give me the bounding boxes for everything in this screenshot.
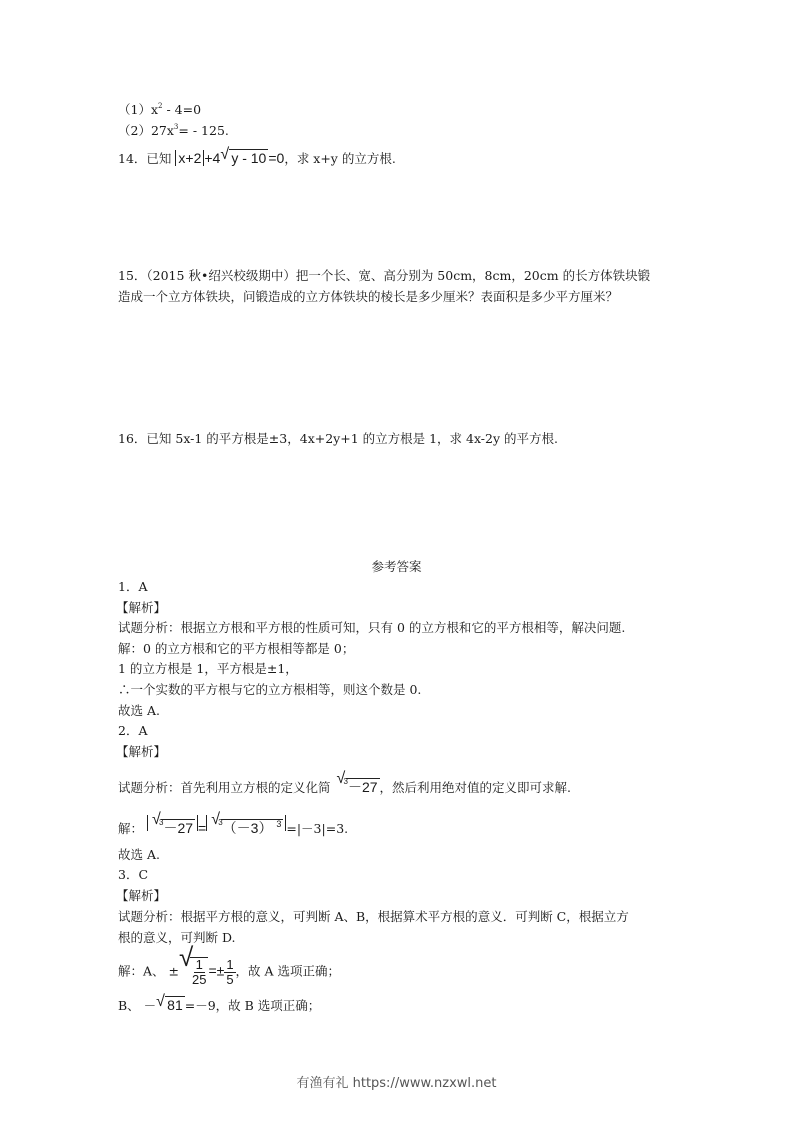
- q14-mid: +4: [204, 150, 220, 166]
- answer-1-analysis: 试题分析：根据立方根和平方根的性质可知，只有 0 的立方根和它的平方根相等，解决…: [118, 620, 625, 636]
- question-13-part-2: （2）27x3= - 125.: [118, 119, 229, 139]
- answer-3-analysis-1: 试题分析：根据平方根的意义，可判断 A、B，根据算术平方根的意义．可判断 C，根…: [118, 909, 629, 925]
- answer-2-solution: 解： 3√－27=3√（－3） 3=|－3|=3.: [118, 815, 348, 837]
- answer-3-label: 3．C: [118, 867, 148, 883]
- answer-3-analysis-2: 根的意义，可判断 D.: [118, 930, 236, 946]
- q14-eq: =0: [268, 150, 284, 166]
- denominator: 5: [226, 973, 233, 987]
- cube-root: 3√－27: [150, 815, 195, 836]
- cbrt-content: －27: [161, 819, 195, 836]
- radical-icon: √: [152, 812, 161, 828]
- answer-2-label: 2．A: [118, 723, 147, 739]
- a3-solB-tail: =－9，故 B 选项正确；: [185, 998, 321, 1013]
- a3-solA-prefix: 解：A、 ±: [118, 964, 179, 979]
- a2-sol-tail: =|－3|=3.: [286, 821, 348, 836]
- q13p1-text: （1）x: [118, 102, 158, 117]
- radical-icon: √: [337, 771, 346, 787]
- answer-2-choice: 故选 A.: [118, 847, 160, 863]
- question-13-part-1: （1）x2 - 4=0: [118, 98, 201, 118]
- cube-root: 3√－27: [335, 774, 380, 795]
- question-16: 16．已知 5x-1 的平方根是±3，4x+2y+1 的立方根是 1，求 4x-…: [118, 431, 558, 447]
- footer-watermark: 有渔有礼 https://www.nzxwl.net: [0, 1072, 793, 1091]
- question-15-line-2: 造成一个立方体铁块，问锻造成的立方体铁块的棱长是多少厘米？表面积是多少平方厘米？: [118, 289, 618, 305]
- question-15-line-1: 15．（2015 秋•绍兴校级期中）把一个长、宽、高分别为 50cm，8cm，2…: [118, 268, 650, 284]
- radical-icon: √: [156, 994, 165, 1010]
- answer-1-label: 1．A: [118, 579, 147, 595]
- a3-solA-tail: ，故 A 选项正确；: [236, 964, 340, 979]
- answer-1-solution-3: ∴一个实数的平方根与它的立方根相等，则这个数是 0.: [118, 682, 421, 698]
- q14-tail: ，求 x+y 的立方根.: [284, 151, 396, 166]
- q14-number: 14．已知: [118, 151, 171, 166]
- radical-icon: √: [211, 812, 220, 828]
- answer-3-analysis-tag: 【解析】: [116, 888, 166, 904]
- inner-expression: （－3）: [223, 820, 273, 836]
- answer-2-analysis: 试题分析：首先利用立方根的定义化简 3√－27，然后利用绝对值的定义即可求解.: [118, 774, 571, 796]
- answer-1-analysis-tag: 【解析】: [116, 600, 166, 616]
- equals-plus-minus: =±: [208, 963, 224, 979]
- question-14: 14．已知 x+2+4√y - 10=0，求 x+y 的立方根.: [118, 150, 396, 167]
- a3-solB-prefix: B、 －: [118, 998, 156, 1013]
- a2-analysis-post: ，然后利用绝对值的定义即可求解.: [380, 780, 571, 795]
- numerator: 1: [194, 958, 205, 973]
- absolute-value: 3√（－3） 3: [206, 815, 286, 831]
- q13p2-suffix: = - 125.: [178, 123, 228, 138]
- a2-analysis-pre: 试题分析：首先利用立方根的定义化简: [118, 780, 331, 795]
- answer-1-solution-1: 解：0 的立方根和它的平方根相等都是 0；: [118, 641, 354, 657]
- square-root: √y - 10: [220, 150, 268, 166]
- absolute-value: x+2: [175, 150, 204, 166]
- numerator: 1: [224, 958, 235, 973]
- absolute-value: 3√－27: [147, 815, 198, 831]
- answer-1-choice: 故选 A.: [118, 703, 160, 719]
- radical-icon: √: [220, 147, 229, 163]
- cbrt-content: －27: [346, 778, 380, 795]
- denominator: 25: [192, 973, 206, 987]
- answers-title: 参考答案: [0, 557, 793, 575]
- answer-1-solution-2: 1 的立方根是 1，平方根是±1，: [118, 661, 298, 677]
- fraction: 15: [224, 958, 235, 987]
- sqrt-content: 81: [165, 996, 185, 1013]
- a2-sol-prefix: 解：: [118, 821, 143, 836]
- answer-3-solution-b: B、 －√81=－9，故 B 选项正确；: [118, 997, 320, 1014]
- cube-root: 3√（－3） 3: [209, 815, 283, 836]
- sqrt-content: y - 10: [229, 149, 268, 166]
- radical-icon: √: [179, 949, 193, 965]
- q13p2-text: （2）27x: [118, 123, 174, 138]
- answer-3-solution-a: 解：A、 ±√125=±15，故 A 选项正确；: [118, 957, 340, 987]
- abs-content: x+2: [178, 150, 201, 166]
- answer-2-analysis-tag: 【解析】: [116, 744, 166, 760]
- exponent: 3: [276, 819, 281, 829]
- square-root: √81: [156, 997, 185, 1013]
- square-root: √125: [179, 957, 208, 987]
- q13p1-suffix: - 4=0: [162, 102, 201, 117]
